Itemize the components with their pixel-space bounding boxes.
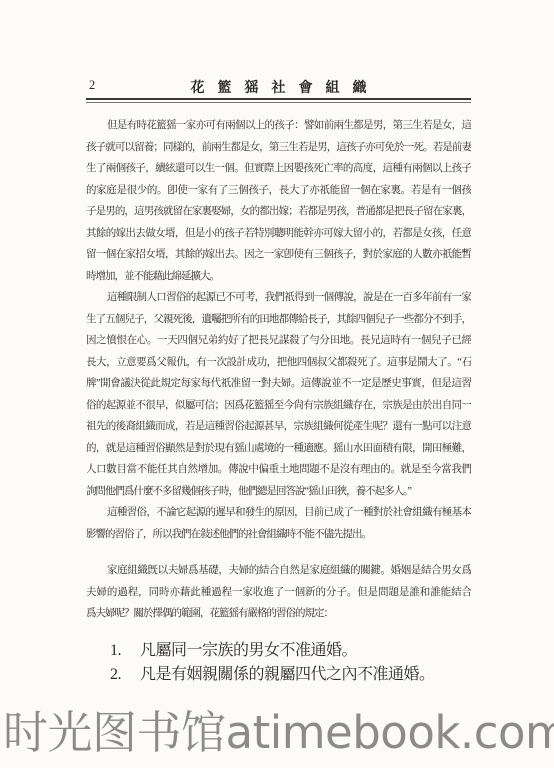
paragraph: 這種習俗，不論它起源的遲早和發生的原因，目前已成了一種對於社會組織有極基本影響的…: [86, 502, 471, 545]
text-line: 牌”開會議決從此規定每家每代祇准留一對夫婦。這傳說並不一定是歷史事實，但是這習: [86, 373, 471, 395]
text-line: 這種習俗，不論它起源的遲早和發生的原因，目前已成了一種對於社會組織有極基本: [86, 502, 471, 524]
paragraph: 這種限制人口習俗的起源已不可考，我們祇得到一個傳說，說是在一百多年前有一家生了五…: [86, 287, 471, 502]
text-line: 長大，立意要爲父報仇，有一次設計成功，把他四個叔父都殺死了。這事是鬧大了。“石: [86, 352, 471, 374]
text-line: 時增加，並不能藉此綿延擴大。: [86, 266, 471, 288]
text-line: 爲夫婦呢？關於擇偶的範圍，花籃猺有嚴格的習俗的規定：: [86, 603, 471, 625]
page-header: 2 花籃猺社會組織: [86, 77, 471, 94]
ordinance-list: 1.凡屬同一宗族的男女不准通婚。2.凡是有姻親關係的親屬四代之內不准通婚。: [86, 637, 471, 683]
header-rule: [86, 98, 471, 103]
paragraph: 但是有時花籃猺一家亦可有兩個以上的孩子：譬如前兩生都是男，第三生若是女，這孩子就…: [86, 115, 471, 287]
text-line: 的家庭是很少的。卽使一家有了三個孩子，長大了亦祇能留一個在家裏。若是有一個孩: [86, 180, 471, 202]
list-item: 1.凡屬同一宗族的男女不准通婚。: [86, 637, 471, 659]
list-item-number: 1.: [110, 642, 140, 660]
text-line: 因之憤恨在心。一天四個兄弟約好了把長兄謀殺了勻分田地。長兄這時有一個兒子已經: [86, 330, 471, 352]
text-column: 2 花籃猺社會組織 但是有時花籃猺一家亦可有兩個以上的孩子：譬如前兩生都是男，第…: [86, 0, 471, 686]
text-line: 人口數目當不能任其自然增加。傳說中偏重土地問題不是沒有理由的。就是至今當我們: [86, 459, 471, 481]
text-line: 詢問他們爲什麼不多留幾個孩子時，他們總是回答說“猺山田狹，養不起多人。”: [86, 481, 471, 503]
text-line: 夫婦的過程，同時亦藉此種過程一家收進了一個新的分子。但是問題是誰和誰能結合: [86, 582, 471, 604]
text-line: 家庭組織旣以夫婦爲基礎，夫婦的結合自然是家庭組織的關鍵。婚姻是結合男女爲: [86, 560, 471, 582]
list-item-text: 凡是有姻親關係的親屬四代之內不准通婚。: [140, 666, 435, 683]
text-line: 子是男的，這男孩就留在家裏娶婦，女的都出嫁；若都是男孩，普通都是把長子留在家裏，: [86, 201, 471, 223]
list-item-number: 2.: [110, 666, 140, 684]
paragraph: 家庭組織旣以夫婦爲基礎，夫婦的結合自然是家庭組織的關鍵。婚姻是結合男女爲夫婦的過…: [86, 560, 471, 625]
text-line: 生了兩個孩子，續絃還可以生一個。但實際上因嬰孩死亡率的高度，這種有兩個以上孩子: [86, 158, 471, 180]
text-line: 影響的習俗了，所以我們在敍述他們的社會組織時不能不儘先提出。: [86, 524, 471, 546]
text-line: 留一個在家招女壻，其餘的嫁出去。因之一家卽使有三個孩子，對於家庭的人數亦祇能暫: [86, 244, 471, 266]
text-line: 其餘的嫁出去做女壻，但是小的孩子若特別聰明能幹亦可嫁大留小的，若都是女孩，任意: [86, 223, 471, 245]
page-number: 2: [89, 78, 95, 93]
header-title: 花籃猺社會組織: [86, 77, 471, 97]
list-item-text: 凡屬同一宗族的男女不准通婚。: [140, 642, 357, 659]
text-line: 但是有時花籃猺一家亦可有兩個以上的孩子：譬如前兩生都是男，第三生若是女，這: [86, 115, 471, 137]
text-line: 這種限制人口習俗的起源已不可考，我們祇得到一個傳說，說是在一百多年前有一家: [86, 287, 471, 309]
text-line: 生了五個兒子，父親死後，遺囑把所有的田地都傳給長子，其餘四個兒子一些都分不到手，: [86, 309, 471, 331]
list-item: 2.凡是有姻親關係的親屬四代之內不准通婚。: [86, 661, 471, 683]
text-line: 俗的起源並不很早，似屬可信；因爲花籃猺至今尙有宗族組織存在，宗族是由於出自同一: [86, 395, 471, 417]
watermark: 时光图书馆atimebook.com: [3, 704, 554, 762]
text-line: 祖先的後裔組織而成，若是這種習俗起源甚早，宗族組織何從產生呢？還有一點可以注意: [86, 416, 471, 438]
scanned-book-page: 2 花籃猺社會組織 但是有時花籃猺一家亦可有兩個以上的孩子：譬如前兩生都是男，第…: [0, 0, 554, 768]
body-text: 但是有時花籃猺一家亦可有兩個以上的孩子：譬如前兩生都是男，第三生若是女，這孩子就…: [86, 115, 471, 625]
text-line: 的，就是這種習俗顯然是對於現有猺山處境的一種適應。猺山水田面積有限，開田極難，: [86, 438, 471, 460]
text-line: 孩子就可以留養；同樣的，前兩生都是女，第三生若是男，這孩子亦可免於一死。若是前妻: [86, 137, 471, 159]
